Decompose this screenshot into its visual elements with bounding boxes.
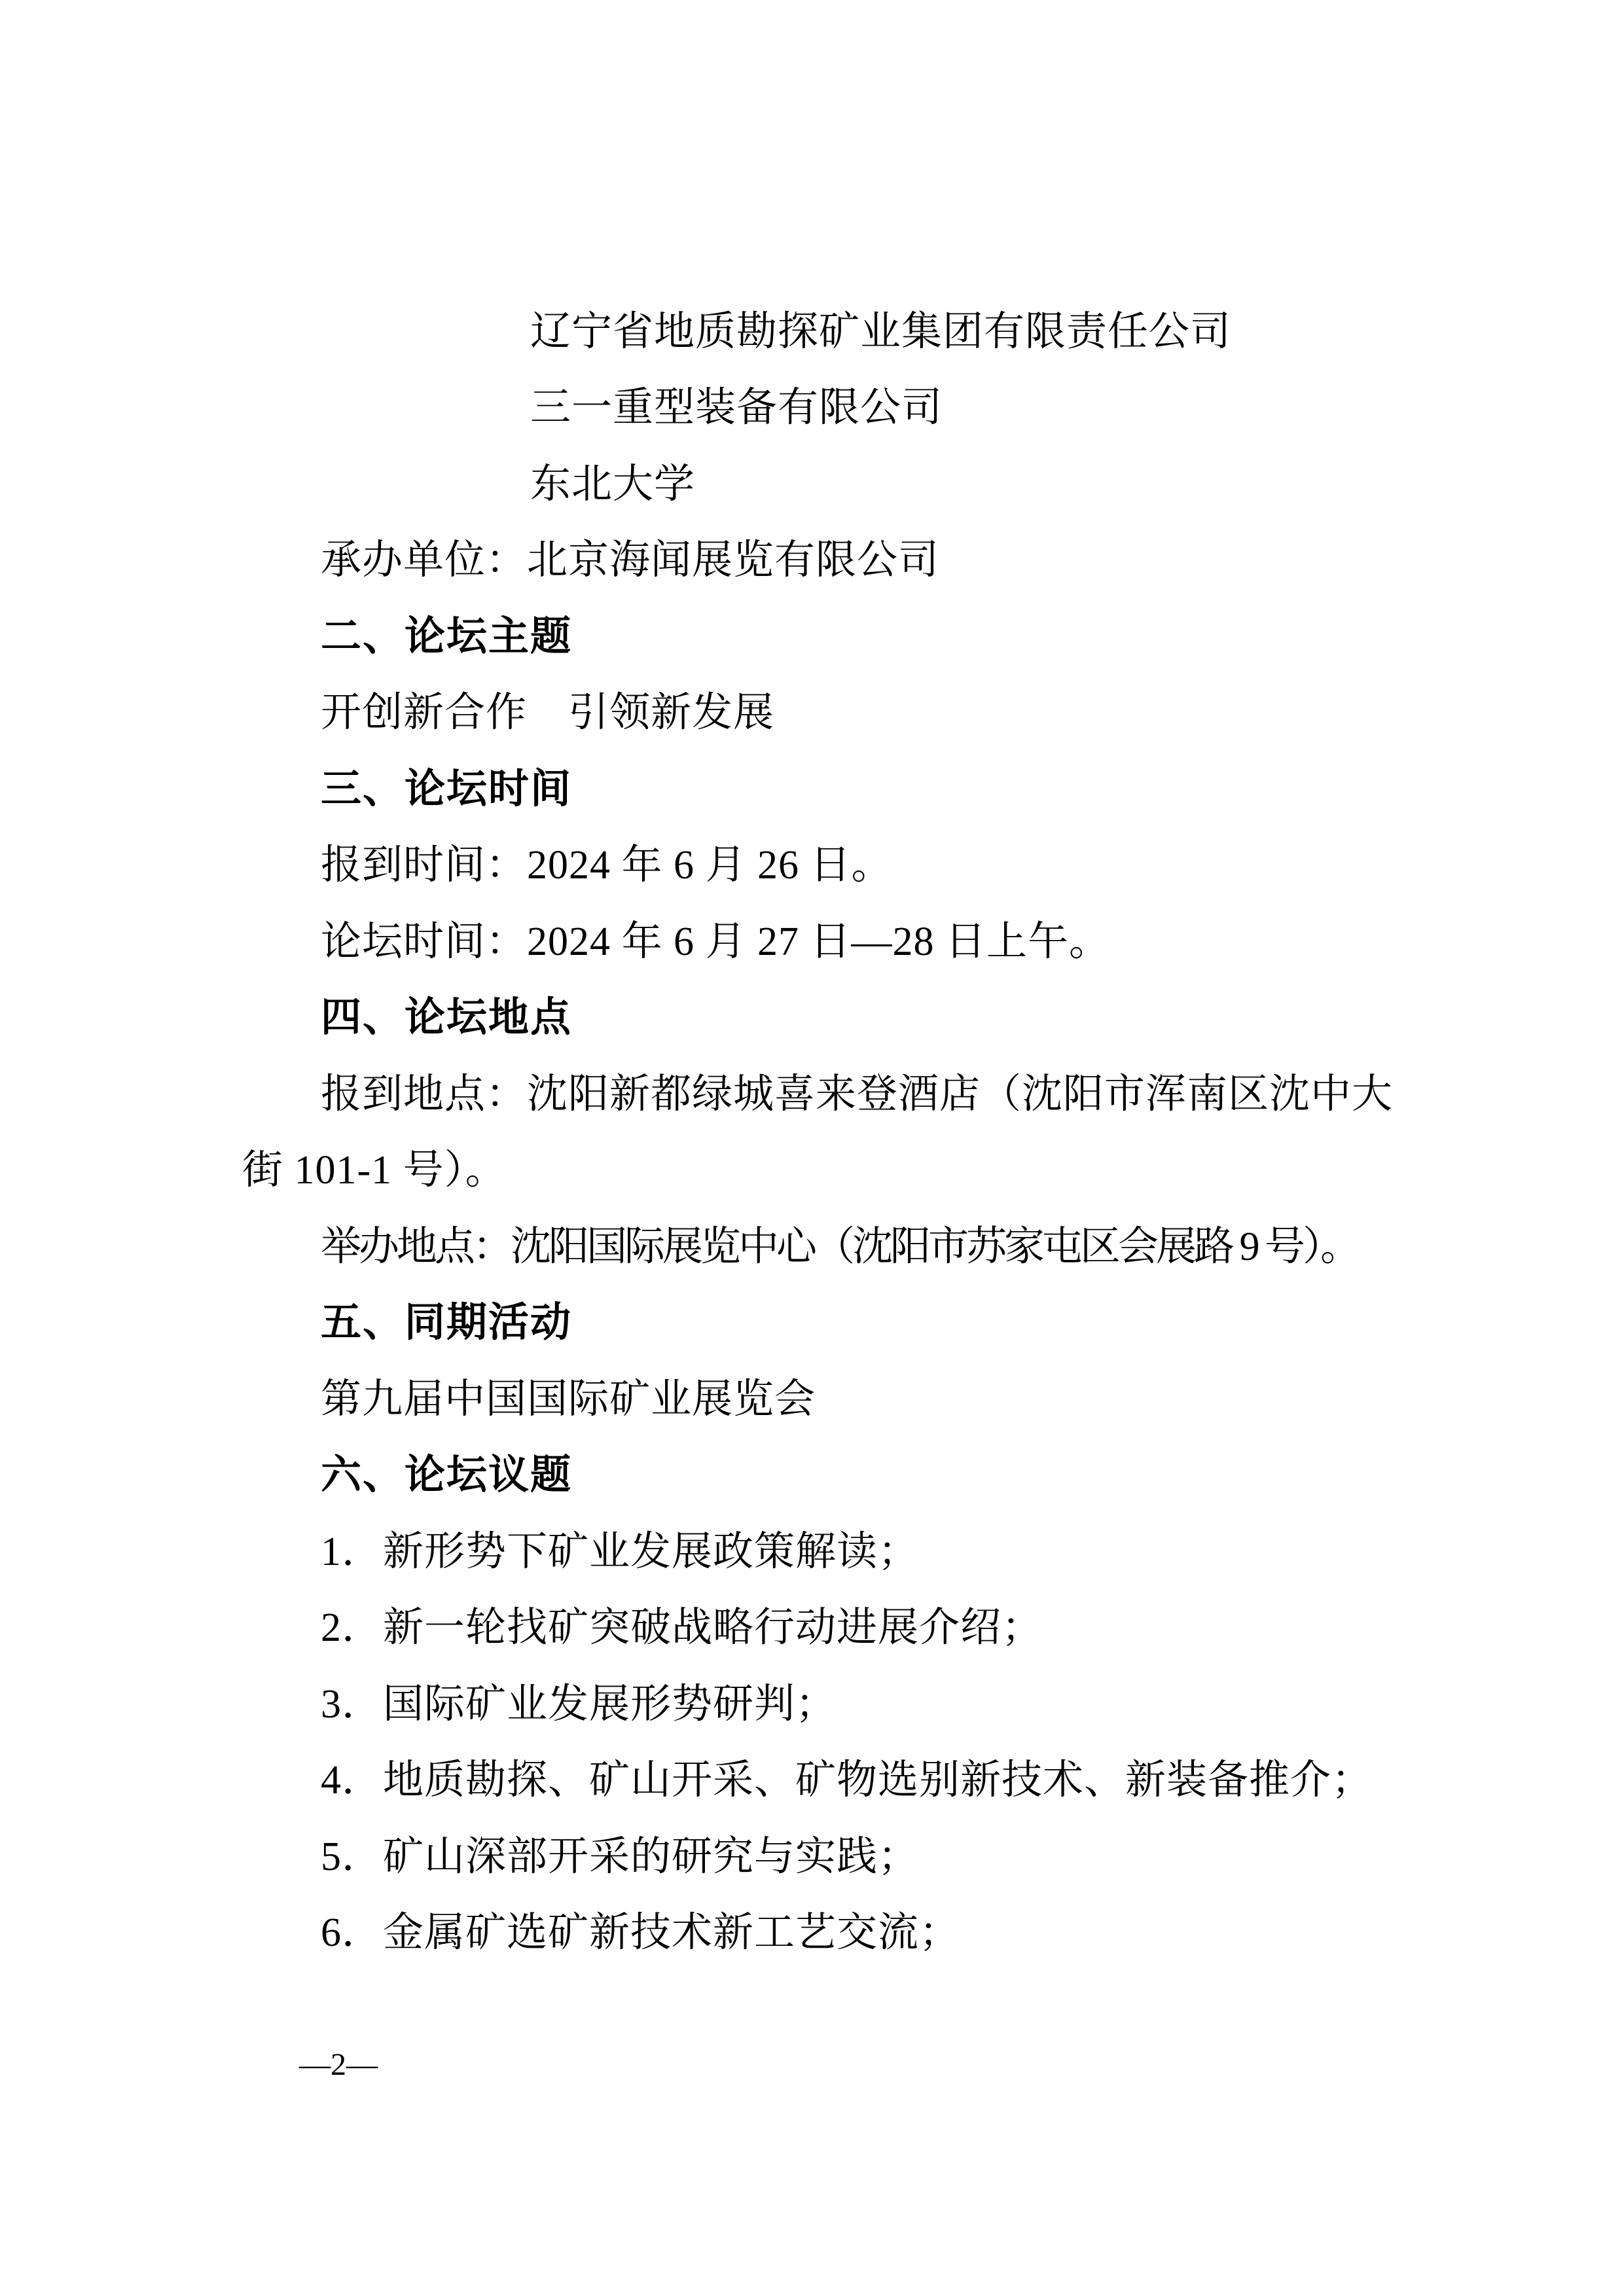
co-organizer-line: 辽宁省地质勘探矿业集团有限责任公司	[530, 312, 1231, 352]
agenda-item-1: 1．新形势下矿业发展政策解读；	[321, 1532, 919, 1572]
agenda-item-4: 4．地质勘探、矿山开采、矿物选别新技术、新装备推介；	[321, 1760, 1373, 1801]
page-number: —2—	[299, 2049, 378, 2081]
co-organizer-line: 东北大学	[530, 464, 695, 505]
concurrent-event-line: 第九届中国国际矿业展览会	[321, 1379, 816, 1420]
event-venue-line: 举办地点：沈阳国际展览中心（沈阳市苏家屯区会展路 9 号）。	[321, 1227, 1358, 1267]
agenda-item-3: 3．国际矿业发展形势研判；	[321, 1684, 837, 1725]
forum-theme-line: 开创新合作 引领新发展	[321, 692, 774, 733]
section-heading-theme: 二、论坛主题	[321, 617, 572, 657]
checkin-time-line: 报到时间：2024 年 6 月 26 日。	[321, 845, 893, 886]
agenda-item-6: 6．金属矿选矿新技术新工艺交流；	[321, 1912, 960, 1953]
agenda-item-5: 5．矿山深部开采的研究与实践；	[321, 1837, 919, 1877]
undertaker-line: 承办单位：北京海闻展览有限公司	[321, 540, 939, 581]
checkin-venue-line: 报到地点：沈阳新都绿城喜来登酒店（沈阳市浑南区沈中大	[321, 1074, 1393, 1115]
checkin-venue-wrap-line: 街 101-1 号）。	[242, 1150, 507, 1191]
document-page: 辽宁省地质勘探矿业集团有限责任公司 三一重型装备有限公司 东北大学 承办单位：北…	[0, 0, 1624, 2296]
forum-time-line: 论坛时间：2024 年 6 月 27 日—28 日上午。	[321, 922, 1110, 962]
agenda-item-2: 2．新一轮找矿突破战略行动进展介绍；	[321, 1607, 1043, 1648]
co-organizer-line: 三一重型装备有限公司	[530, 387, 943, 428]
section-heading-time: 三、论坛时间	[321, 769, 572, 810]
section-heading-concurrent: 五、同期活动	[321, 1302, 572, 1343]
section-heading-topics: 六、论坛议题	[321, 1455, 572, 1496]
section-heading-venue: 四、论坛地点	[321, 997, 572, 1038]
